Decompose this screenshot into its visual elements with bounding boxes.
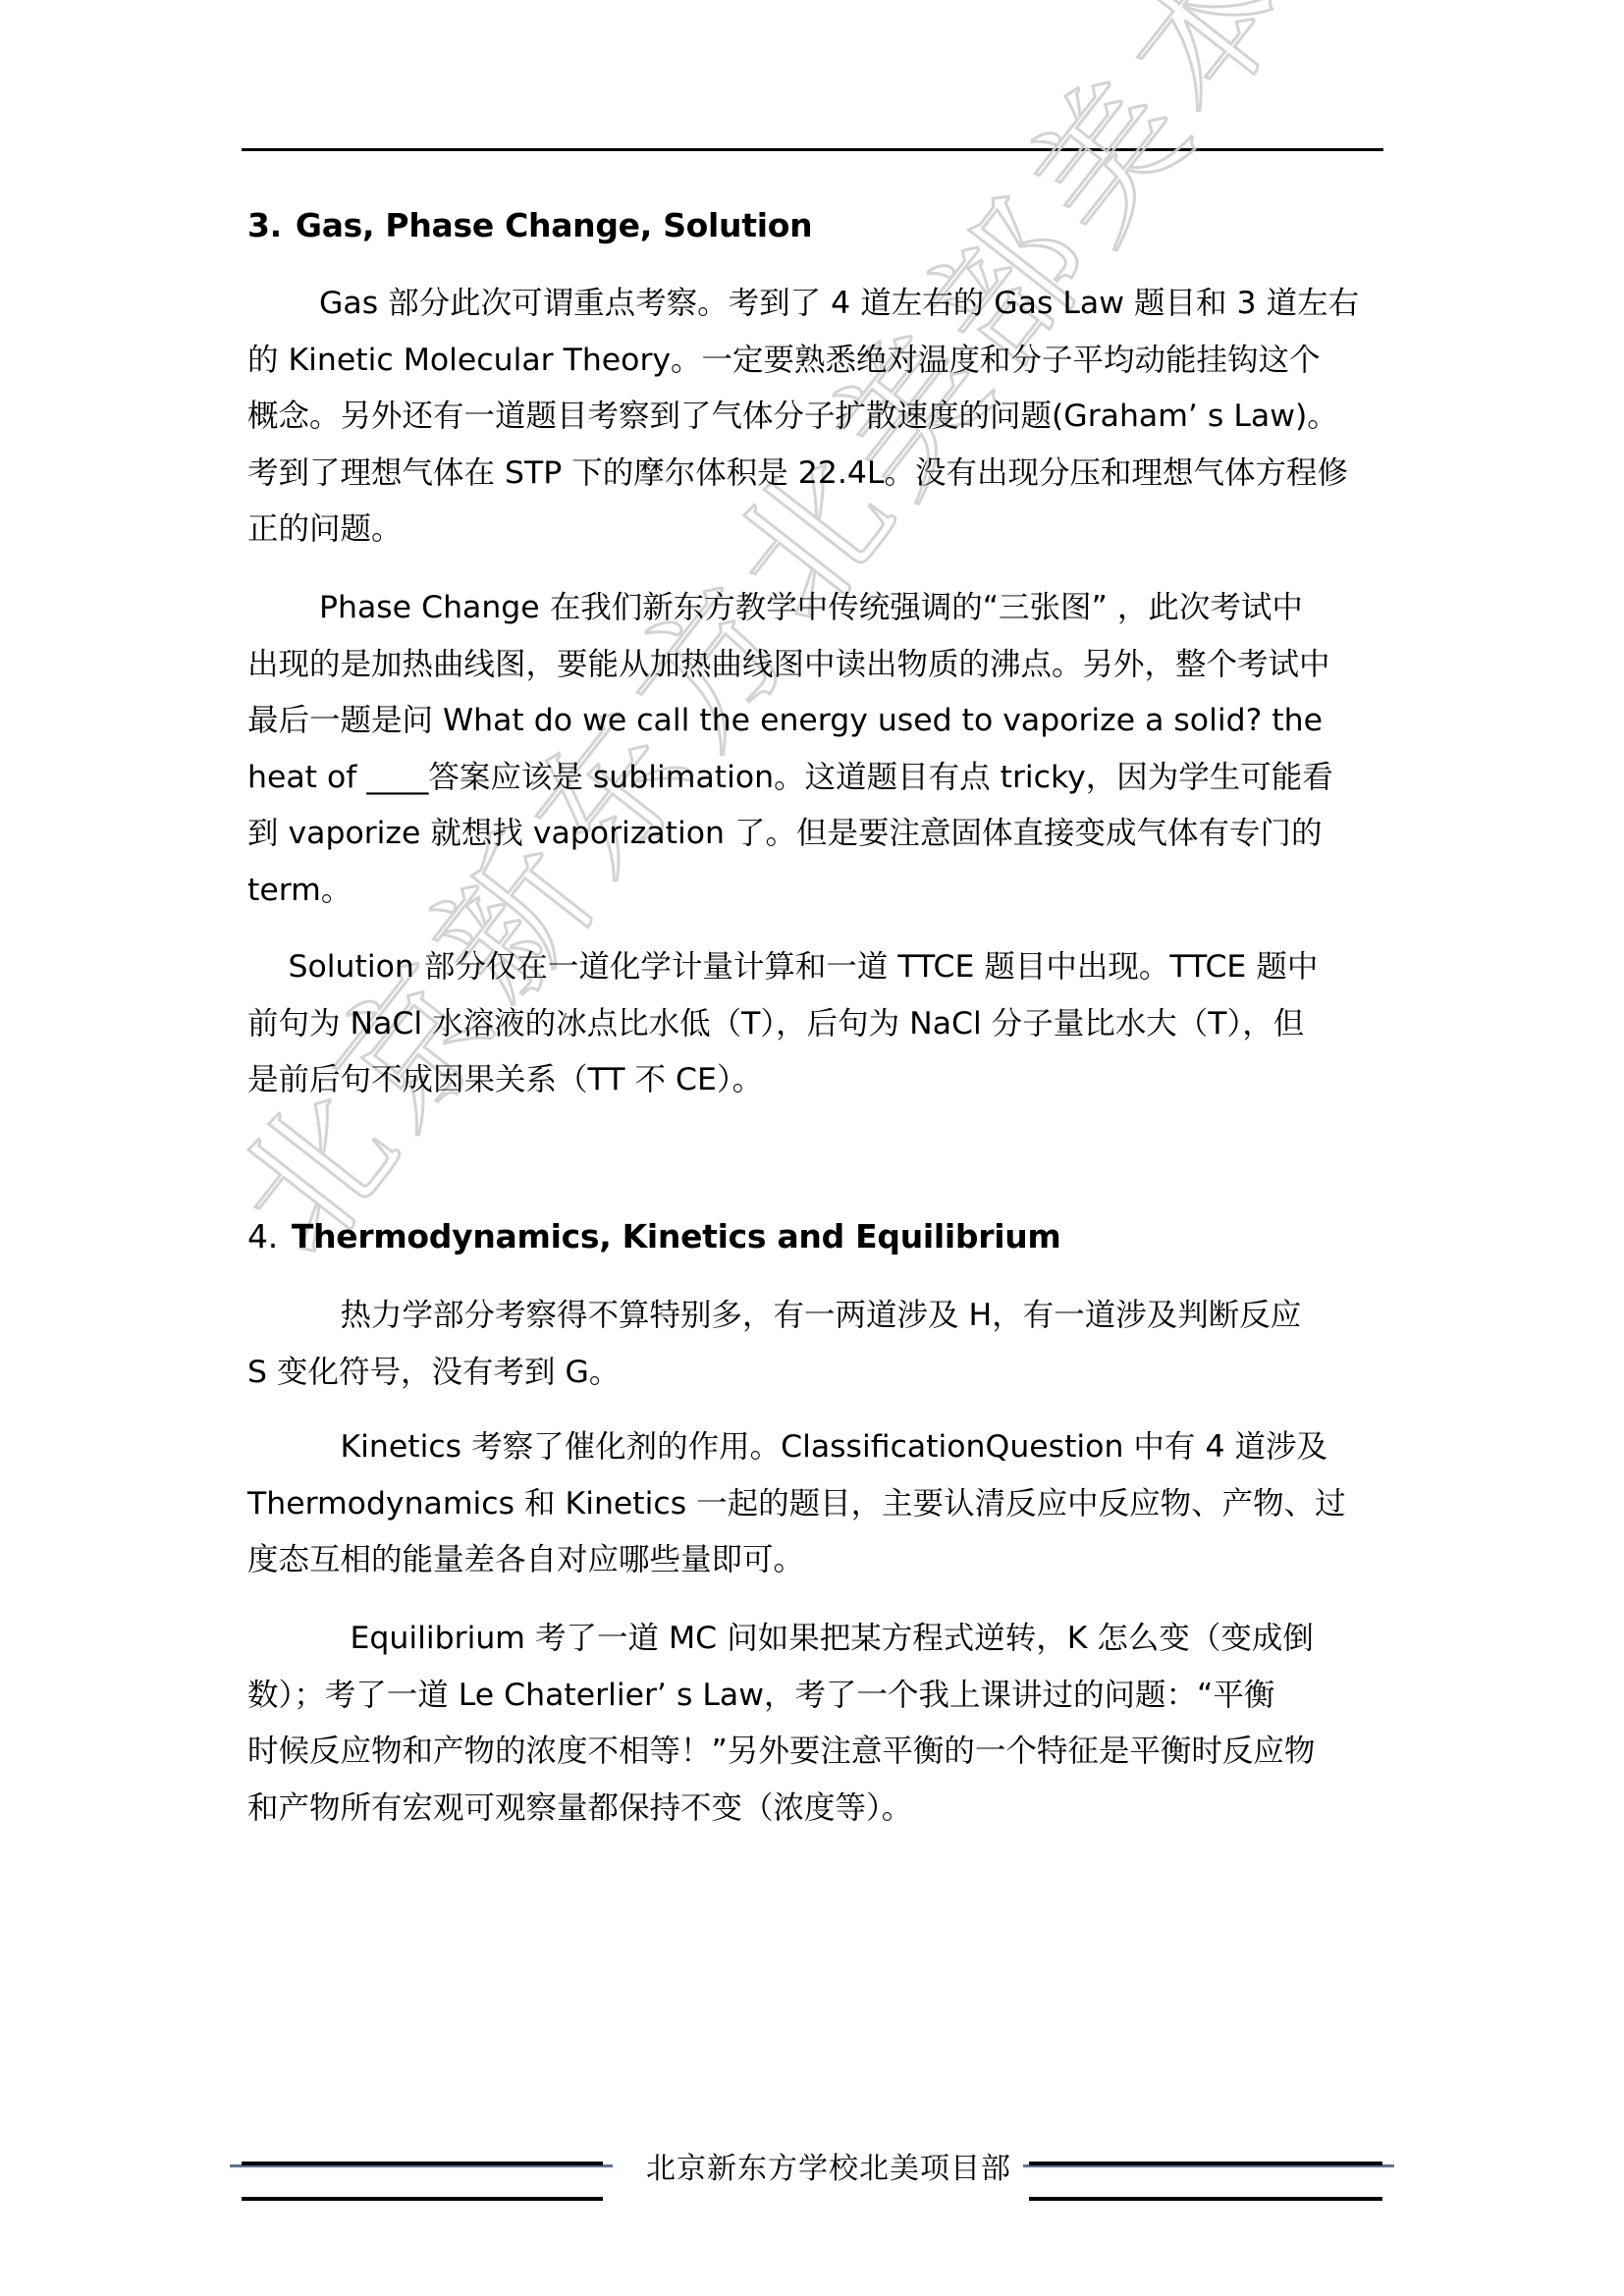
- text-line: 概念。另外还有一道题目考察到了气体分子扩散速度的问题(Graham’ s Law…: [247, 389, 1386, 446]
- paragraph-gas: Gas 部分此次可谓重点考察。考到了 4 道左右的 Gas Law 题目和 3 …: [247, 276, 1386, 559]
- text-line: 考到了理想气体在 STP 下的摩尔体积是 22.4L。没有出现分压和理想气体方程…: [247, 446, 1386, 503]
- text-line: 到 vaporize 就想找 vaporization 了。但是要注意固体直接变…: [247, 806, 1386, 863]
- text-line: 度态互相的能量差各自对应哪些量即可。: [247, 1532, 1386, 1589]
- paragraph-equilibrium: Equilibrium 考了一道 MC 问如果把某方程式逆转，K 怎么变（变成倒…: [247, 1611, 1386, 1837]
- section-heading-3: 3.Gas, Phase Change, Solution: [247, 206, 812, 245]
- text-line: 热力学部分考察得不算特别多，有一两道涉及 H，有一道涉及判断反应: [247, 1288, 1386, 1345]
- section-number: 3.: [247, 206, 282, 244]
- paragraph-thermodynamics: 热力学部分考察得不算特别多，有一两道涉及 H，有一道涉及判断反应 S 变化符号，…: [247, 1288, 1386, 1401]
- footer-rule-right-upper: [1029, 2162, 1382, 2165]
- text-line: 数）；考了一道 Le Chaterlier’ s Law，考了一个我上课讲过的问…: [247, 1668, 1386, 1725]
- text-line: 的 Kinetic Molecular Theory。一定要熟悉绝对温度和分子平…: [247, 333, 1386, 390]
- header-rule: [242, 148, 1383, 151]
- text-line: 前句为 NaCl 水溶液的冰点比水低（T），后句为 NaCl 分子量比水大（T）…: [247, 996, 1386, 1053]
- text-line: Gas 部分此次可谓重点考察。考到了 4 道左右的 Gas Law 题目和 3 …: [247, 276, 1386, 333]
- text-line: 是前后句不成因果关系（TT 不 CE）。: [247, 1052, 1386, 1109]
- footer-rule-right-lower: [1029, 2197, 1382, 2201]
- footer-organization: 北京新东方学校北美项目部: [642, 2150, 1015, 2189]
- text-line: Kinetics 考察了催化剂的作用。ClassificationQuestio…: [247, 1419, 1386, 1476]
- text-line: 出现的是加热曲线图，要能从加热曲线图中读出物质的沸点。另外，整个考试中: [247, 637, 1386, 694]
- text-line: Thermodynamics 和 Kinetics 一起的题目，主要认清反应中反…: [247, 1476, 1386, 1533]
- section-number: 4.: [247, 1217, 278, 1255]
- section-title: Gas, Phase Change, Solution: [296, 206, 812, 244]
- text-line: Phase Change 在我们新东方教学中传统强调的“三张图” ，此次考试中: [247, 580, 1386, 637]
- text-line: S 变化符号，没有考到 G。: [247, 1345, 1386, 1402]
- paragraph-phase-change: Phase Change 在我们新东方教学中传统强调的“三张图” ，此次考试中 …: [247, 580, 1386, 920]
- footer-rule-left-lower: [242, 2197, 603, 2201]
- text-line: heat of ____答案应该是 sublimation。这道题目有点 tri…: [247, 750, 1386, 807]
- text-line: 和产物所有宏观可观察量都保持不变（浓度等）。: [247, 1781, 1386, 1838]
- text-line: Equilibrium 考了一道 MC 问如果把某方程式逆转，K 怎么变（变成倒: [247, 1611, 1386, 1668]
- text-line: Solution 部分仅在一道化学计量计算和一道 TTCE 题目中出现。TTCE…: [247, 939, 1386, 996]
- text-line: 正的问题。: [247, 502, 1386, 559]
- text-line: 时候反应物和产物的浓度不相等！”另外要注意平衡的一个特征是平衡时反应物: [247, 1724, 1386, 1781]
- paragraph-solution: Solution 部分仅在一道化学计量计算和一道 TTCE 题目中出现。TTCE…: [247, 939, 1386, 1109]
- section-heading-4: 4.Thermodynamics, Kinetics and Equilibri…: [247, 1217, 1061, 1256]
- footer-rule-left-upper: [242, 2162, 603, 2165]
- paragraph-kinetics: Kinetics 考察了催化剂的作用。ClassificationQuestio…: [247, 1419, 1386, 1589]
- text-line: term。: [247, 863, 1386, 920]
- section-title: Thermodynamics, Kinetics and Equilibrium: [292, 1217, 1061, 1255]
- text-line: 最后一题是问 What do we call the energy used t…: [247, 693, 1386, 750]
